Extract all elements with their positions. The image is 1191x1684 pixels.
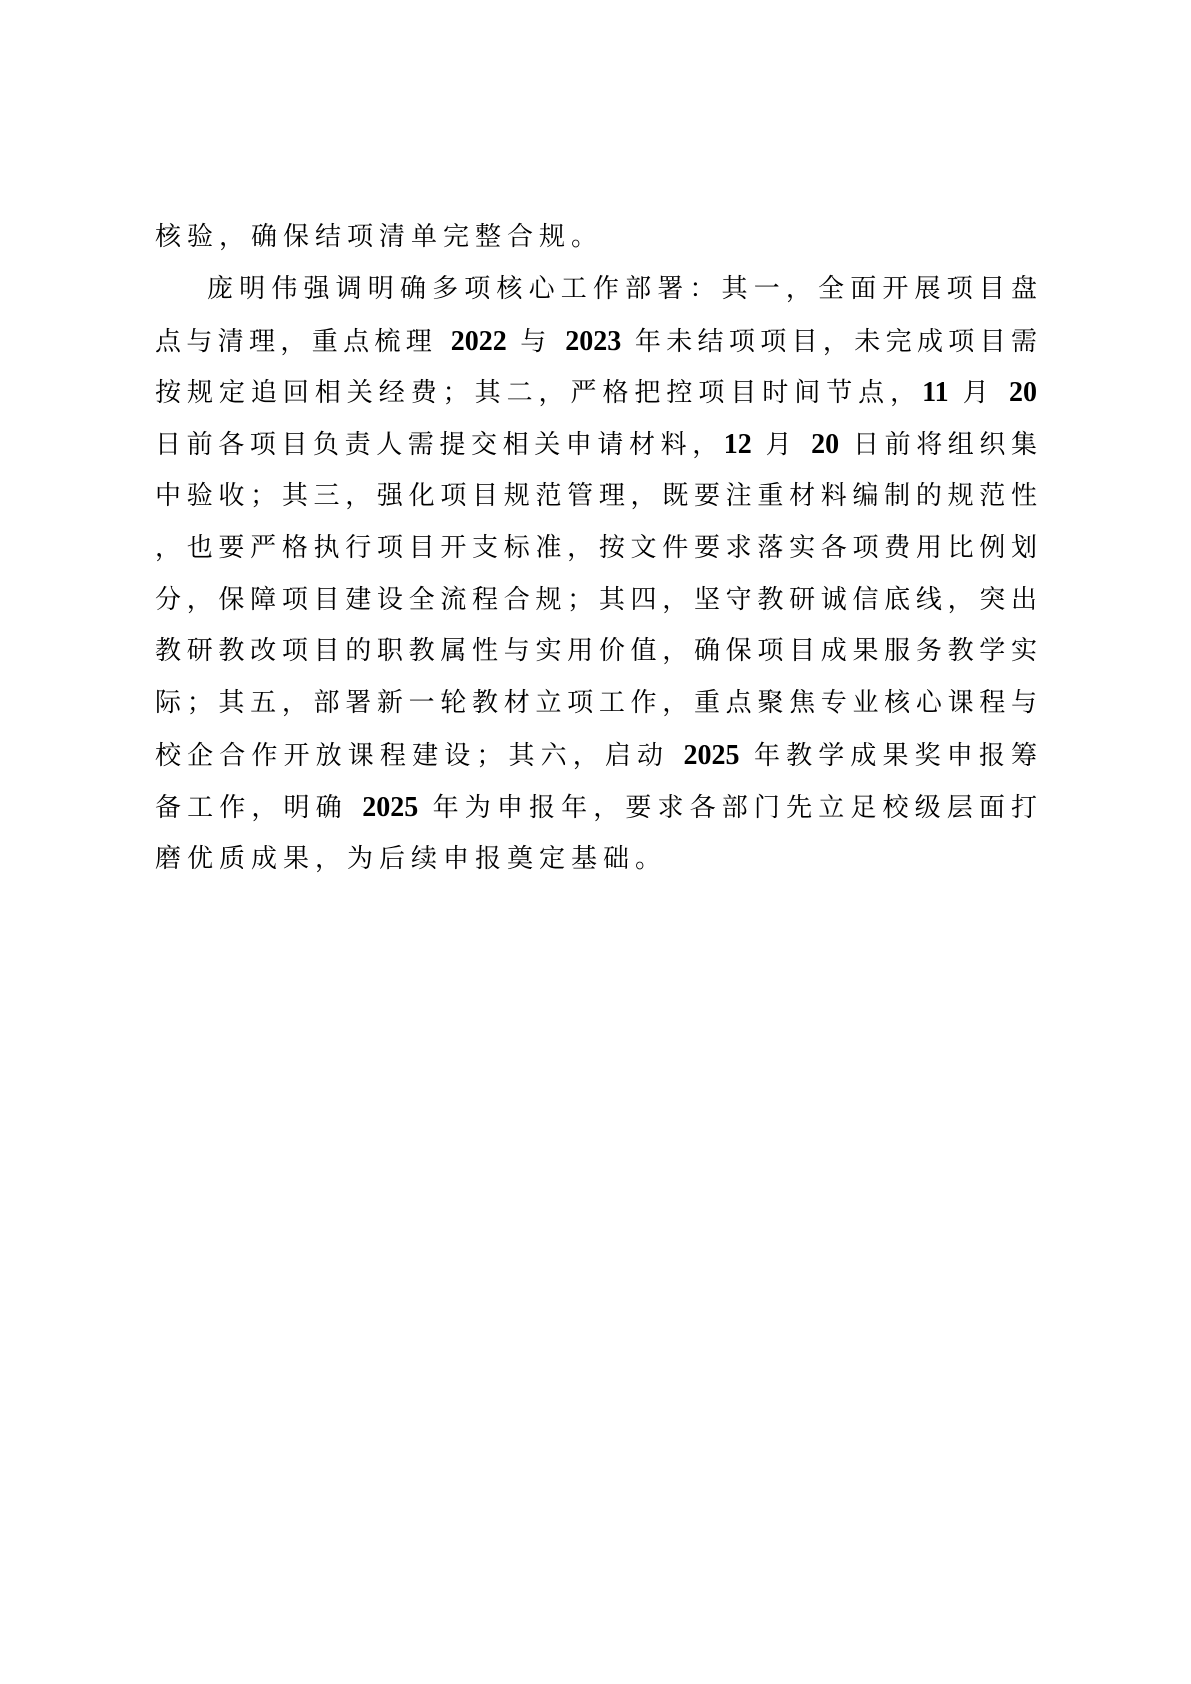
text-run: 日前将组织集 [839, 430, 1037, 460]
month-number: 11 [922, 377, 948, 408]
year-number: 2022 [451, 326, 507, 357]
paragraph-2-line-6: ，也要严格执行项目开支标准，按文件要求落实各项费用比例划 [155, 523, 1037, 575]
text-run: 年教学成果奖申报筹 [740, 741, 1037, 771]
paragraph-2-line-1: 庞明伟强调明确多项核心工作部署：其一，全面开展项目盘 [155, 264, 1037, 316]
text-run: 与 [507, 327, 566, 357]
paragraph-2-line-12: 磨优质成果，为后续申报奠定基础。 [155, 834, 1037, 886]
paragraph-2-line-10: 校企合作开放课程建设；其六，启动 2025 年教学成果奖申报筹 [155, 730, 1037, 782]
paragraph-1-line-1: 核验，确保结项清单完整合规。 [155, 212, 1037, 264]
text-run: 月 [752, 430, 811, 460]
paragraph-2-line-5: 中验收；其三，强化项目规范管理，既要注重材料编制的规范性 [155, 471, 1037, 523]
text-run: 备工作，明确 [155, 793, 362, 823]
text-run: 点与清理，重点梳理 [155, 327, 451, 357]
paragraph-2-line-7: 分，保障项目建设全流程合规；其四，坚守教研诚信底线，突出 [155, 575, 1037, 627]
year-number: 2025 [684, 740, 740, 771]
text-run: 际；其五，部署新一轮教材立项工作，重点聚焦专业核心课程与 [155, 688, 1037, 718]
year-number: 2023 [565, 326, 621, 357]
text-run: 校企合作开放课程建设；其六，启动 [155, 741, 684, 771]
text-run: 月 [949, 378, 1009, 408]
text-run: 年为申报年，要求各部门先立足校级层面打 [418, 793, 1037, 823]
text-run: 按规定追回相关经费；其二，严格把控项目时间节点， [155, 378, 922, 408]
text-run: 年未结项项目，未完成项目需 [621, 327, 1037, 357]
paragraph-2-line-11: 备工作，明确 2025 年为申报年，要求各部门先立足校级层面打 [155, 782, 1037, 834]
document-body: 核验，确保结项清单完整合规。 庞明伟强调明确多项核心工作部署：其一，全面开展项目… [155, 212, 1037, 885]
document-page: 核验，确保结项清单完整合规。 庞明伟强调明确多项核心工作部署：其一，全面开展项目… [0, 0, 1191, 1684]
month-number: 12 [724, 429, 752, 460]
paragraph-2-line-4: 日前各项目负责人需提交相关申请材料，12 月 20 日前将组织集 [155, 419, 1037, 471]
paragraph-2-line-3: 按规定追回相关经费；其二，严格把控项目时间节点，11 月 20 [155, 367, 1037, 419]
text-run: 日前各项目负责人需提交相关申请材料， [155, 430, 724, 460]
day-number: 20 [811, 429, 839, 460]
text-run: 庞明伟强调明确多项核心工作部署：其一，全面开展项目盘 [207, 274, 1037, 304]
paragraph-2-line-9: 际；其五，部署新一轮教材立项工作，重点聚焦专业核心课程与 [155, 678, 1037, 730]
year-number: 2025 [362, 792, 418, 823]
text-run: 磨优质成果，为后续申报奠定基础。 [155, 844, 667, 874]
text-run: 分，保障项目建设全流程合规；其四，坚守教研诚信底线，突出 [155, 585, 1037, 615]
paragraph-2-line-2: 点与清理，重点梳理 2022 与 2023 年未结项项目，未完成项目需 [155, 316, 1037, 368]
day-number: 20 [1009, 377, 1037, 408]
text-run: 核验，确保结项清单完整合规。 [155, 222, 603, 252]
text-run: 教研教改项目的职教属性与实用价值，确保项目成果服务教学实 [155, 636, 1037, 666]
text-run: ，也要严格执行项目开支标准，按文件要求落实各项费用比例划 [155, 533, 1037, 563]
text-run: 中验收；其三，强化项目规范管理，既要注重材料编制的规范性 [155, 481, 1037, 511]
paragraph-2-line-8: 教研教改项目的职教属性与实用价值，确保项目成果服务教学实 [155, 626, 1037, 678]
